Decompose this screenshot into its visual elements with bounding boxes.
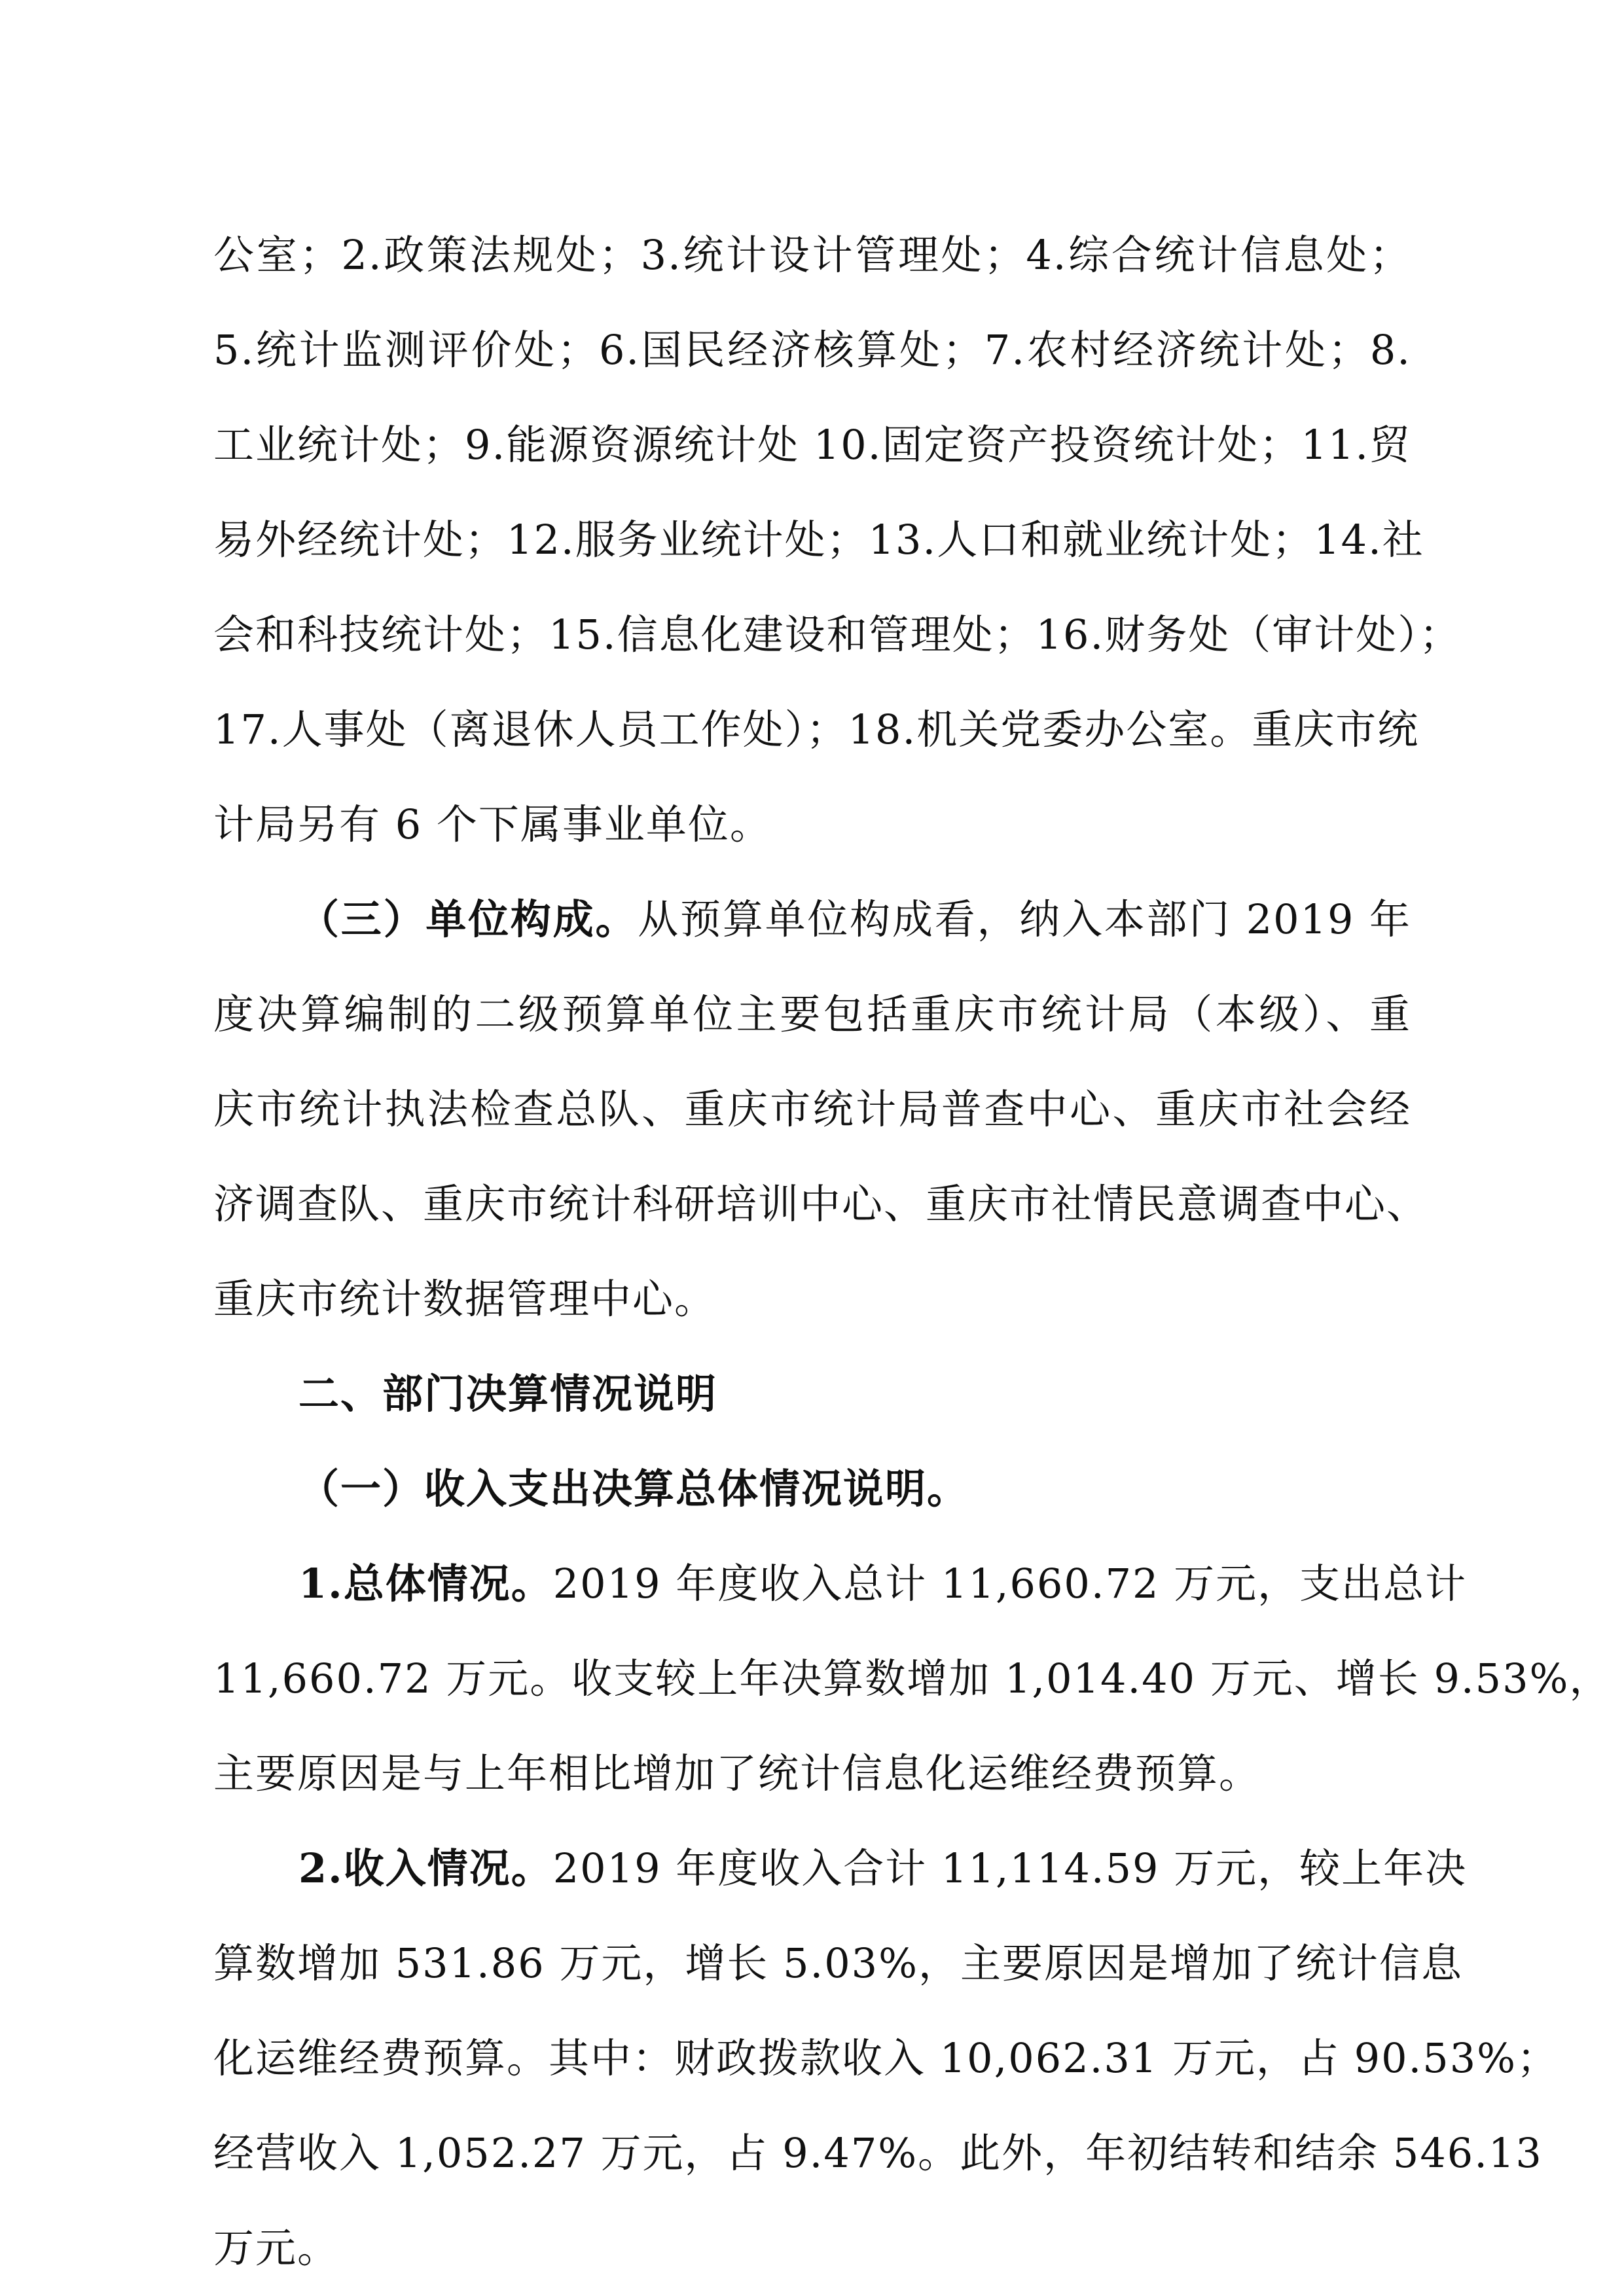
paragraph-line: 会和科技统计处；15.信息化建设和管理处；16.财务处（审计处）；	[213, 609, 1411, 661]
paragraph-line: 算数增加 531.86 万元，增长 5.03%，主要原因是增加了统计信息	[213, 1937, 1411, 1990]
subheading-overall: （一）收入支出决算总体情况说明。	[298, 1463, 1411, 1515]
paragraph-text: 2019 年度收入合计 11,114.59 万元，较上年决	[553, 1844, 1467, 1892]
paragraph-line: 11,660.72 万元。收支较上年决算数增加 1,014.40 万元、增长 9…	[213, 1653, 1411, 1705]
paragraph-line: 工业统计处；9.能源资源统计处 10.固定资产投资统计处；11.贸	[213, 419, 1411, 471]
paragraph-text: 2019 年度收入总计 11,660.72 万元，支出总计	[553, 1560, 1467, 1607]
item-title: 1.总体情况。	[298, 1560, 553, 1607]
paragraph-line: 度决算编制的二级预算单位主要包括重庆市统计局（本级）、重	[213, 988, 1411, 1041]
paragraph-line: 易外经统计处；12.服务业统计处；13.人口和就业统计处；14.社	[213, 514, 1411, 566]
paragraph-line: 万元。	[213, 2222, 1411, 2274]
paragraph-line: 庆市统计执法检查总队、重庆市统计局普查中心、重庆市社会经	[213, 1083, 1411, 1136]
item-income: 2.收入情况。2019 年度收入合计 11,114.59 万元，较上年决	[298, 1842, 1411, 1895]
paragraph-line: 5.统计监测评价处；6.国民经济核算处；7.农村经济统计处；8.	[213, 324, 1411, 376]
paragraph-line: 17.人事处（离退休人员工作处）；18.机关党委办公室。重庆市统	[213, 704, 1411, 756]
paragraph-line: 计局另有 6 个下属事业单位。	[213, 798, 1411, 851]
heading-section-2: 二、部门决算情况说明	[298, 1368, 1411, 1420]
paragraph-line: 公室；2.政策法规处；3.统计设计管理处；4.综合统计信息处；	[213, 229, 1411, 281]
section-title: （三）单位构成。	[298, 895, 638, 943]
paragraph-text: 从预算单位构成看，纳入本部门 2019 年	[638, 895, 1411, 943]
section-unit-composition: （三）单位构成。从预算单位构成看，纳入本部门 2019 年	[298, 893, 1411, 946]
paragraph-line: 重庆市统计数据管理中心。	[213, 1273, 1411, 1325]
paragraph-line: 济调查队、重庆市统计科研培训中心、重庆市社情民意调查中心、	[213, 1178, 1411, 1230]
paragraph-line: 主要原因是与上年相比增加了统计信息化运维经费预算。	[213, 1748, 1411, 1800]
item-overall: 1.总体情况。2019 年度收入总计 11,660.72 万元，支出总计	[298, 1558, 1411, 1610]
item-title: 2.收入情况。	[298, 1844, 553, 1892]
paragraph-line: 经营收入 1,052.27 万元，占 9.47%。此外，年初结转和结余 546.…	[213, 2127, 1411, 2179]
paragraph-line: 化运维经费预算。其中：财政拨款收入 10,062.31 万元，占 90.53%；	[213, 2032, 1411, 2085]
